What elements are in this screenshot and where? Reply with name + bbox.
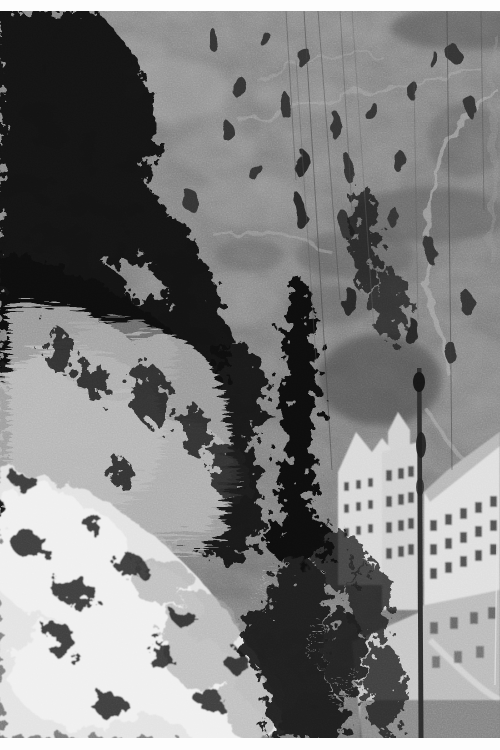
scanned-film-still	[0, 0, 500, 750]
film-grain	[0, 11, 500, 738]
frame-bar-top	[0, 0, 500, 11]
frame-bar-bottom	[0, 738, 500, 750]
photo-canvas	[0, 0, 500, 750]
